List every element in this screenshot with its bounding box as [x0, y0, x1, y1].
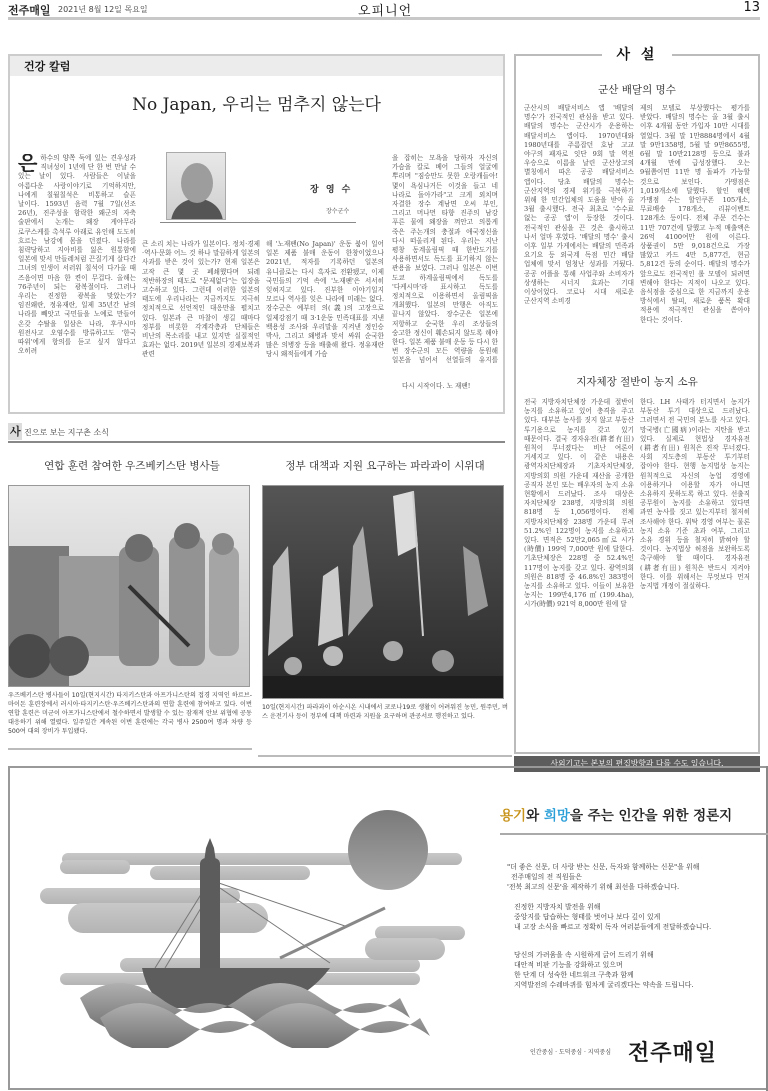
column-body-2: 큰 소리 치는 나라가 일본이다. 정치·경제·역사·문화 어느 것 하나 말끔… — [142, 240, 260, 358]
author-face — [181, 163, 213, 203]
editorial-headline-2: 지자체장 절반이 농지 소유 — [516, 374, 758, 389]
newspaper-logo: 전주매일 — [628, 1036, 717, 1067]
editorial2-col1: 전국 지방자치단체장 가운데 절반이 농지를 소유하고 있어 충격을 주고 있다… — [524, 398, 634, 630]
headline-and: 와 — [526, 808, 544, 824]
editorial-box: 군산 배달의 명수 군산시의 배달서비스 앱 '배달의 명수'가 전국적인 관심… — [514, 54, 760, 754]
editorial2-col2: 한다. LH 사태가 터지면서 농지가 부동산 투기 대상으로 드러났다. 그러… — [640, 398, 750, 630]
editorial-headline-1: 군산 배달의 명수 — [516, 82, 758, 97]
photo-uzbek-soldiers — [8, 485, 250, 687]
health-column: 건강 칼럼 No Japan, 우리는 멈추지 않는다 장 영 수 장수군수 은… — [8, 54, 505, 414]
promo-line: "더 좋은 신문, 더 사랑 받는 신문, 독자와 함께하는 신문"을 위해 — [507, 862, 699, 872]
editorial1-col1: 군산시의 배달서비스 앱 '배달의 명수'가 전국적인 관심을 받고 있다. 배… — [524, 104, 634, 366]
ship-illustration — [30, 808, 470, 1048]
author-photo — [166, 152, 226, 220]
soldiers-illustration — [9, 486, 250, 687]
column-label-bar: 건강 칼럼 — [10, 56, 503, 76]
promo-line: 대안적 비판 기능을 강화하고 있으며 — [514, 960, 694, 970]
column-text-col2: 큰 소리 치는 나라가 일본이다. 정치·경제·역사·문화 어느 것 하나 말끔… — [142, 240, 260, 408]
photo2-title: 정부 대책과 지원 요구하는 파라과이 시위대 — [258, 458, 512, 473]
promo-paragraph-2: 진정한 지방자치 발전을 위해 중앙지를 답습하는 형태를 벗어나 보다 깊이 … — [514, 902, 711, 932]
issue-date: 2021년 8월 12일 목요일 — [58, 4, 148, 15]
masthead: 전주매일 2021년 8월 12일 목요일 오피니언 13 — [8, 0, 760, 20]
promo-line: 진정한 지방자치 발전을 위해 — [514, 902, 711, 912]
protest-illustration — [263, 486, 504, 699]
headline-hope: 희망 — [544, 808, 570, 824]
photo2-caption: 10일(현지시간) 파라과이 아순시온 시내에서 코로나19로 생활이 어려워진… — [262, 703, 508, 721]
column-closing: 다시 시작이다. 노 재팬! — [402, 382, 502, 391]
promo-line: 중앙지를 답습하는 형태를 벗어나 보다 깊이 있게 — [514, 912, 711, 922]
column-headline: No Japan, 우리는 멈추지 않는다 — [10, 90, 503, 115]
photo2-bottom-rule — [258, 755, 512, 757]
promo-line: 내 고장 소식을 빠르고 정확히 독자 여러분들에게 전달하겠습니다. — [514, 922, 711, 932]
promo-line: 한 단계 더 성숙한 네트워크 구축과 함께 — [514, 970, 694, 980]
photo-news-header: 사 진으로 보는 지구촌 소식 — [8, 423, 505, 443]
photo-paraguay-protest — [262, 485, 504, 699]
promo-line: '전북 최고의 신문'을 제작하기 위해 최선을 다하겠습니다. — [507, 882, 699, 892]
newspaper-brand: 전주매일 — [8, 2, 51, 18]
author-name: 장 영 수 — [310, 182, 352, 195]
promo-paragraph-1: "더 좋은 신문, 더 사랑 받는 신문, 독자와 함께하는 신문"을 위해 전… — [507, 862, 699, 892]
promo-line: 전주매일의 전 직원들은 — [507, 872, 699, 882]
author-title: 장수군수 — [326, 206, 349, 215]
photo1-bottom-rule — [8, 748, 252, 750]
column-text-col4: 을 잡히는 모욕을 당하자 자신의 가슴을 칼로 베어 그들의 얼굴에 뿌리며 … — [392, 154, 498, 364]
column-body-4: 을 잡히는 모욕을 당하자 자신의 가슴을 칼로 베어 그들의 얼굴에 뿌리며 … — [392, 154, 498, 364]
column-body-3: 해 '노재팬(No Japan)' 운동 붐이 일어 일본 제품 불매 운동이 … — [266, 240, 384, 358]
headline-rest: 을 주는 인간을 위한 정론지 — [570, 808, 732, 824]
column-text-col1: 은하수의 양쪽 둑에 있는 견우성과 직녀성이 1년에 단 한 번 만날 수 있… — [18, 154, 136, 408]
promo-headline-rule — [500, 833, 768, 835]
column-text-col3: 해 '노재팬(No Japan)' 운동 붐이 일어 일본 제품 불매 운동이 … — [266, 240, 384, 408]
author-divider — [160, 222, 356, 223]
section-title: 오피니언 — [358, 0, 412, 19]
promo-line: 당신의 가려움을 속 시원하게 긁어 드리기 위해 — [514, 950, 694, 960]
headline-courage: 용기 — [500, 808, 526, 824]
promo-headline: 용기와 희망을 주는 인간을 위한 정론지 — [500, 804, 732, 824]
page-number: 13 — [743, 0, 760, 15]
photo1-caption: 우즈베키스탄 병사들이 10일(현지시간) 타지키스탄과 아프가니스탄의 접경 … — [8, 691, 252, 736]
editorial1-col2: 제의 모델로 부상했다는 평가를 받았다. 배달의 명수는 올 3월 출시 이후… — [640, 104, 750, 366]
dropcap: 은 — [18, 154, 37, 172]
photo-news-header-rest: 진으로 보는 지구촌 소식 — [24, 427, 109, 438]
promo-line: 지역발전의 수레바퀴를 힘차게 굴리겠다는 약속을 드립니다. — [514, 980, 694, 990]
photo1-title: 연합 훈련 참여한 우즈베키스탄 병사들 — [8, 458, 256, 473]
promo-paragraph-3: 당신의 가려움을 속 시원하게 긁어 드리기 위해 대안적 비판 기능을 강화하… — [514, 950, 694, 990]
promo-slogan: 인간중심 · 도덕중심 · 지역중심 — [530, 1047, 611, 1056]
column-body-1: 하수의 양쪽 둑에 있는 견우성과 직녀성이 1년에 단 한 번 만날 수 있는… — [18, 154, 136, 355]
column-label: 건강 칼럼 — [24, 58, 70, 74]
photo-news-header-initial: 사 — [8, 423, 22, 440]
